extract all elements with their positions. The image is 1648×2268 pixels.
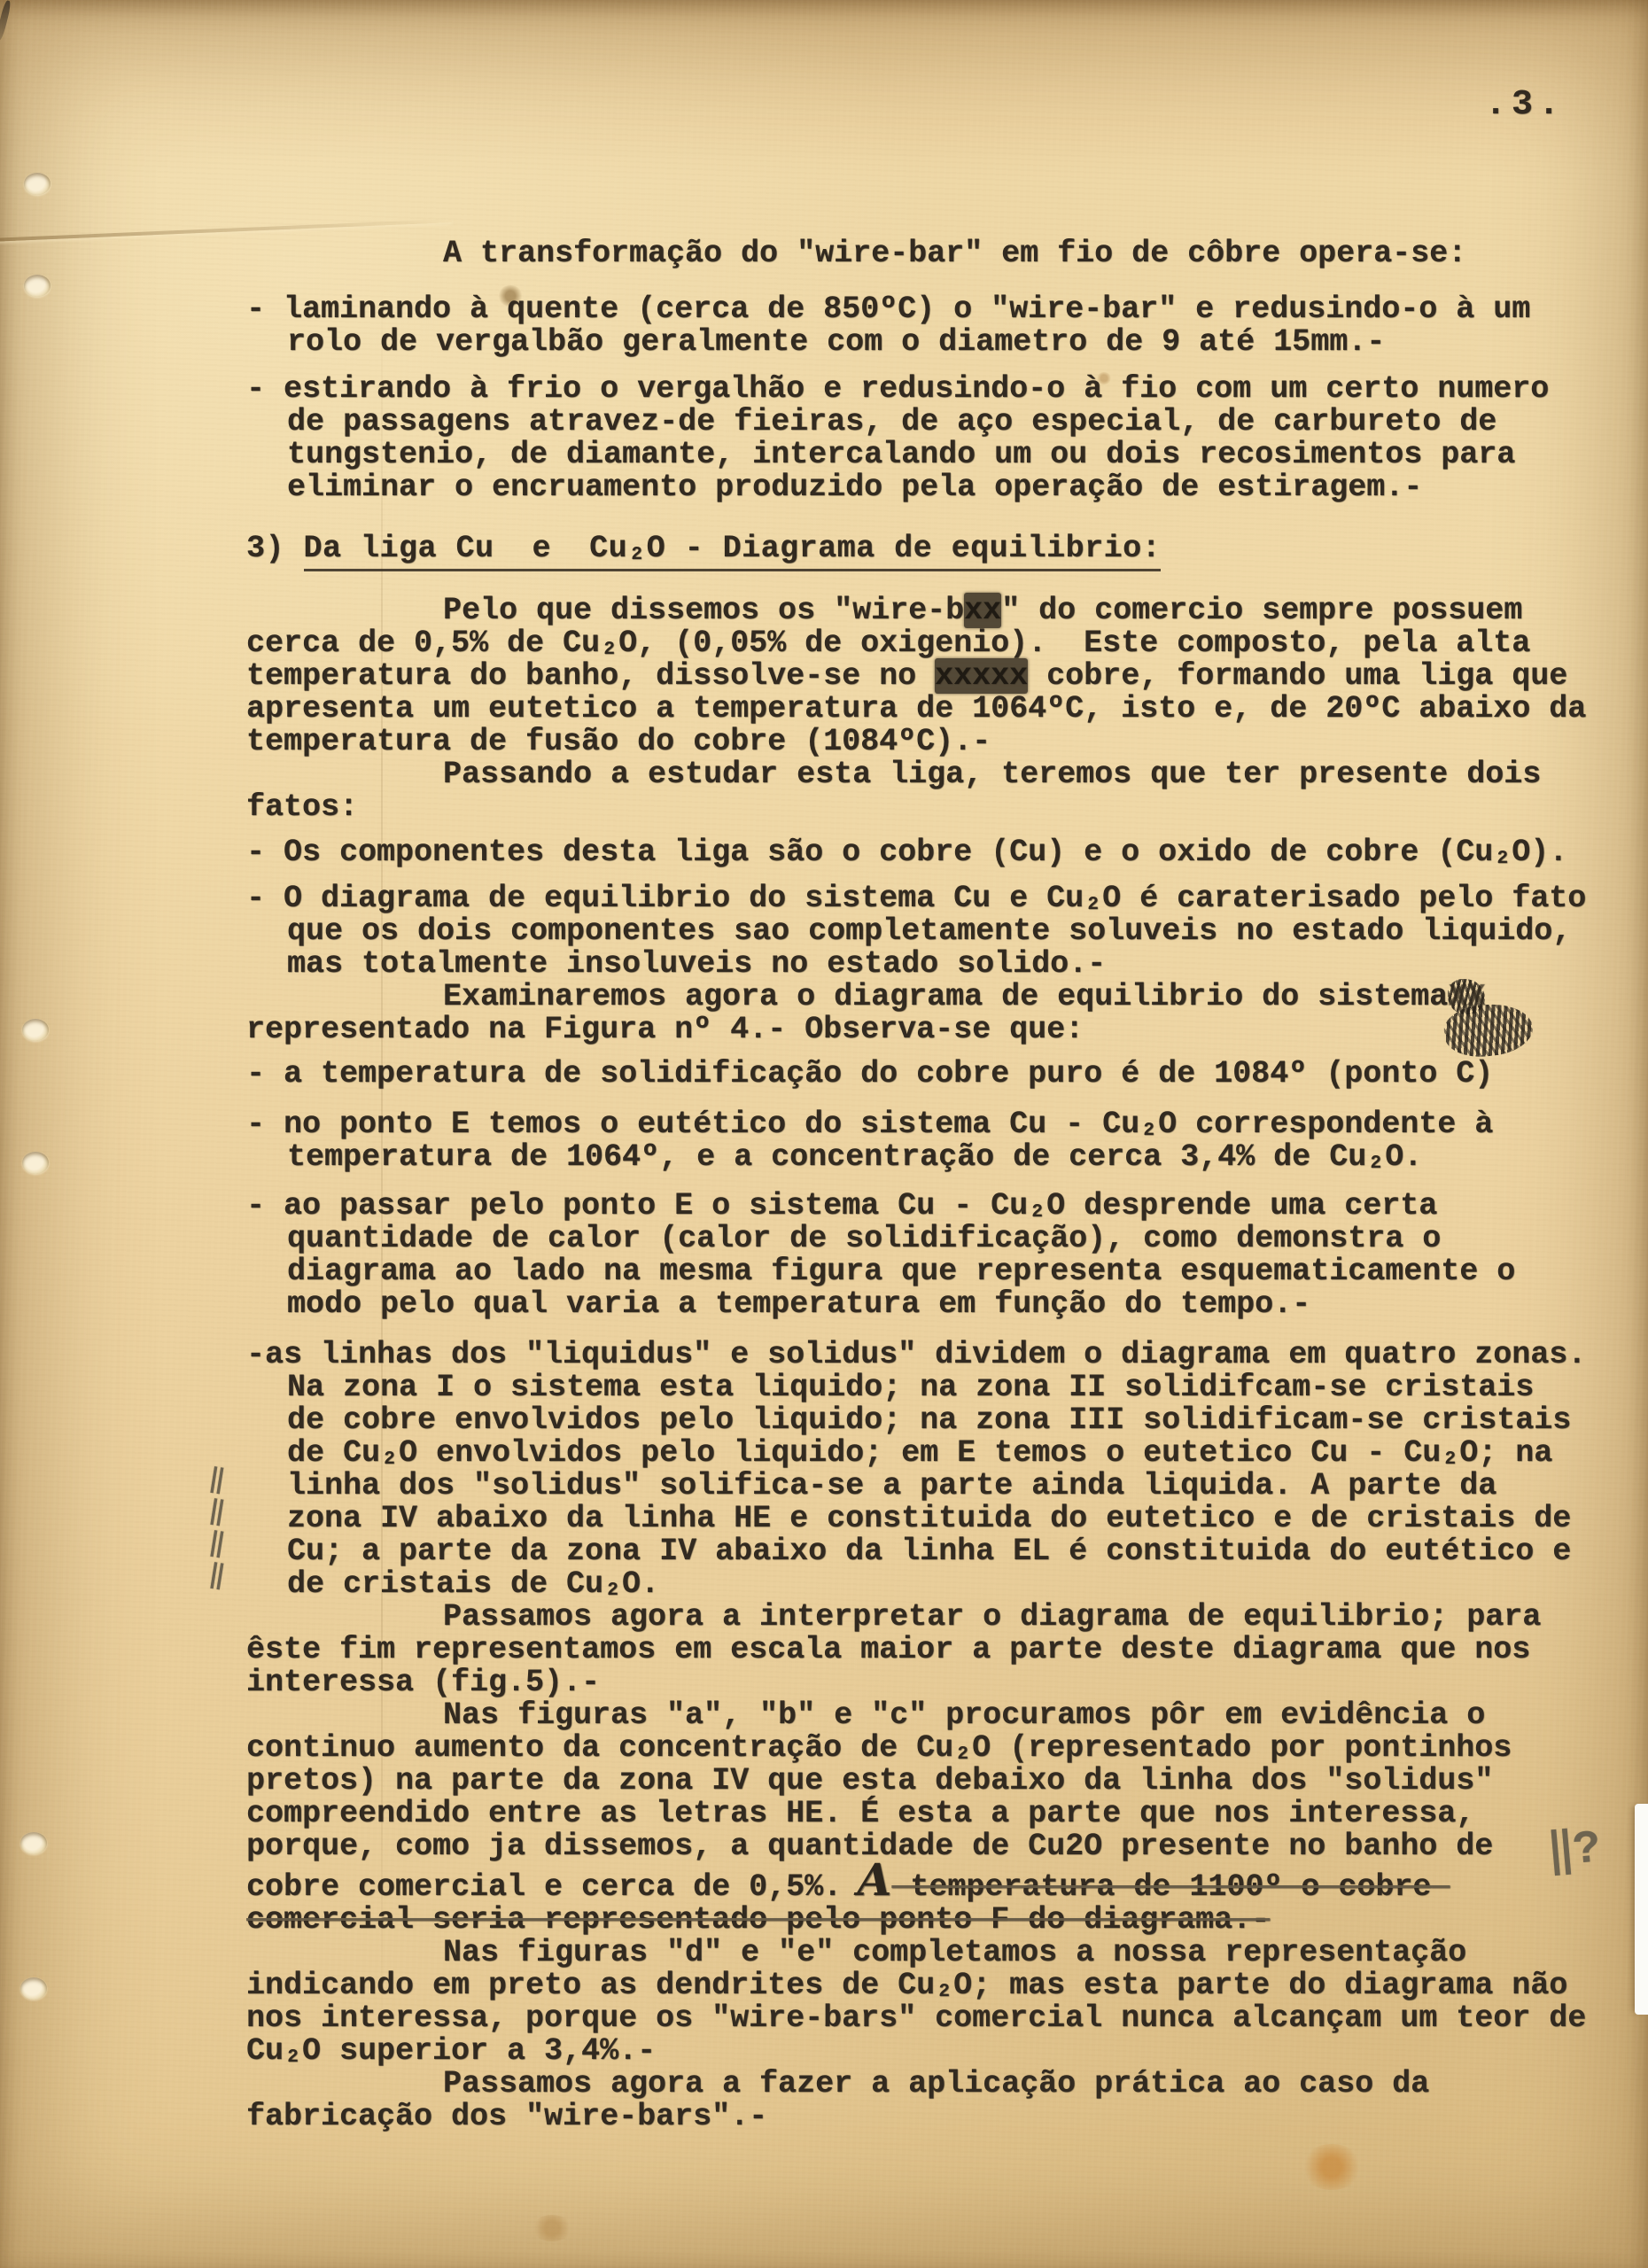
- text-segment: - ao passar pelo ponto E o sistema Cu - …: [246, 1188, 1534, 1322]
- text-segment: Pelo que dissemos os "wire-b: [443, 593, 964, 628]
- body-paragraph: Nas figuras "d" e "e" completamos a noss…: [246, 1937, 1590, 2068]
- punch-hole: [20, 1832, 47, 1854]
- text-segment: 3): [246, 531, 304, 566]
- text-segment: A transformação do "wire-bar" em fio de …: [443, 236, 1466, 271]
- bullet-item: - estirando à frio o vergalhão e redusin…: [246, 373, 1590, 504]
- body-paragraph: Passamos agora a fazer a aplicação práti…: [246, 2068, 1590, 2133]
- blot-segment: xxxxx: [935, 658, 1028, 694]
- bullet-item: - O diagrama de equilibrio do sistema Cu…: [246, 882, 1590, 981]
- text-segment: Examinaremos agora o diagrama de equilib…: [443, 979, 1448, 1014]
- text-segment: Nas figuras "d" e "e" completamos a noss…: [246, 1935, 1605, 2069]
- bullet-item: -as linhas dos "liquidus" e solidus" div…: [246, 1339, 1590, 1601]
- document-content: A transformação do "wire-bar" em fio de …: [246, 237, 1590, 2133]
- hand-segment: A: [842, 1853, 891, 1906]
- bullet-item: - a temperatura de solidificação do cobr…: [246, 1058, 1590, 1091]
- bullet-item: - laminando à quente (cerca de 850ºC) o …: [246, 293, 1590, 359]
- punch-hole: [20, 1977, 47, 2000]
- underline-segment: Da liga Cu e Cu₂O - Diagrama de equilibr…: [304, 531, 1162, 571]
- punch-hole: [24, 173, 51, 195]
- text-segment: - estirando à frio o vergalhão e redusin…: [246, 371, 1567, 505]
- text-segment: - Os componentes desta liga são o cobre …: [246, 835, 1567, 870]
- text-segment: - laminando à quente (cerca de 850ºC) o …: [246, 291, 1549, 360]
- pencil-tick-mark: ‖: [206, 1494, 230, 1528]
- body-paragraph: Nas figuras "a", "b" e "c" procuramos pô…: [246, 1699, 1590, 1937]
- bullet-item: - no ponto E temos o eutético do sistema…: [246, 1108, 1590, 1174]
- text-segment: - a temperatura de solidificação do cobr…: [246, 1056, 1493, 1091]
- body-paragraph: Passamos agora a interpretar o diagrama …: [246, 1601, 1590, 1699]
- text-segment: - no ponto E temos o eutético do sistema…: [246, 1107, 1512, 1175]
- text-segment: - O diagrama de equilibrio do sistema Cu…: [246, 881, 1605, 982]
- body-paragraph: Examinaremos agora o diagrama de equilib…: [246, 981, 1590, 1046]
- pencil-margin-marks: ‖‖‖‖: [209, 1464, 229, 1591]
- text-segment: Passamos agora a interpretar o diagrama …: [246, 1599, 1559, 1700]
- punch-hole: [24, 275, 51, 297]
- text-segment: Passando a estudar esta liga, teremos qu…: [246, 757, 1559, 825]
- bullet-item: - Os componentes desta liga são o cobre …: [246, 836, 1590, 869]
- torn-edge: [1635, 1804, 1648, 2015]
- blot-segment: xx: [964, 593, 1001, 628]
- punch-hole: [22, 1019, 49, 1041]
- section-heading: 3) Da liga Cu e Cu₂O - Diagrama de equil…: [246, 532, 1590, 565]
- pencil-tick-mark: ‖: [206, 1462, 230, 1496]
- punch-hole: [22, 1152, 49, 1174]
- pencil-tick-mark: ‖: [206, 1557, 230, 1592]
- text-segment: Passamos agora a fazer a aplicação práti…: [246, 2066, 1448, 2134]
- pencil-tick-mark: ‖: [206, 1526, 230, 1560]
- body-paragraph: Pelo que dissemos os "wire-bxx" do comer…: [246, 594, 1590, 758]
- bullet-item: - ao passar pelo ponto E o sistema Cu - …: [246, 1190, 1590, 1321]
- body-paragraph: Passando a estudar esta liga, teremos qu…: [246, 758, 1590, 824]
- scanned-typewritten-page: .3. A transformação do "wire-bar" em fio…: [0, 0, 1648, 2268]
- pencil-annotation: ‖?: [1544, 1820, 1601, 1880]
- intro-paragraph: A transformação do "wire-bar" em fio de …: [246, 237, 1590, 270]
- page-number: .3.: [1485, 85, 1565, 125]
- text-segment: -as linhas dos "liquidus" e solidus" div…: [246, 1337, 1605, 1602]
